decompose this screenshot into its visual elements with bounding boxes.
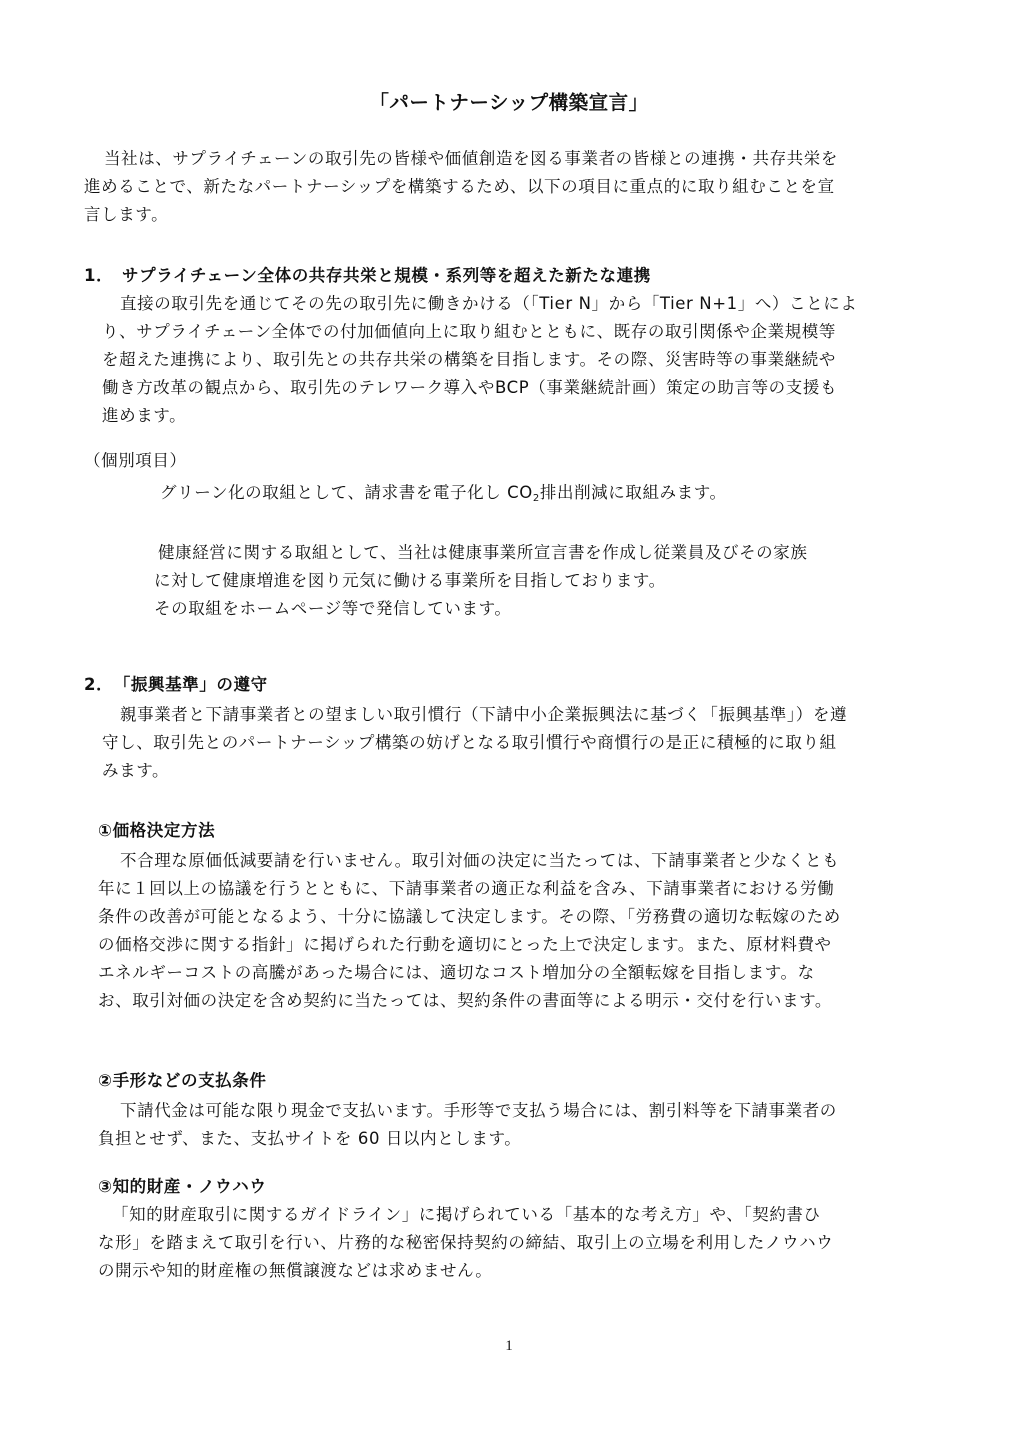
intro-line: 進めることで、新たなパートナーシップを構築するため、以下の項目に重点的に取り組む… — [84, 174, 835, 200]
section2-body-line: 親事業者と下請事業者との望ましい取引慣行（下請中小企業振興法に基づく「振興基準」… — [120, 702, 847, 728]
section1-body-line: 直接の取引先を通じてその先の取引先に働きかける（「Tier N」から「Tier … — [120, 291, 857, 317]
item1-body-line: 不合理な原価低減要請を行いません。取引対価の決定に当たっては、下請事業者と少なく… — [120, 848, 839, 874]
item3-body-line: な形」を踏まえて取引を行い、片務的な秘密保持契約の締結、取引上の立場を利用したノ… — [98, 1230, 833, 1256]
item1-body-line: の価格交渉に関する指針」に掲げられた行動を適切にとった上で決定します。また、原材… — [98, 932, 832, 958]
item2-body-line: 負担とせず、また、支払サイトを 60 日以内とします。 — [98, 1126, 521, 1152]
individual-items-label: （個別項目） — [84, 448, 187, 474]
health-initiative-line: に対して健康増進を図り元気に働ける事業所を目指しております。 — [154, 568, 666, 594]
section1-heading: 1． サプライチェーン全体の共存共栄と規模・系列等を超えた新たな連携 — [84, 263, 651, 289]
document-page: 「パートナーシップ構築宣言」 当社は、サプライチェーンの取引先の皆様や価値創造を… — [0, 0, 1018, 1440]
section1-body-line: 進めます。 — [102, 403, 186, 429]
section1-body-line: り、サプライチェーン全体での付加価値向上に取り組むとともに、既存の取引関係や企業… — [102, 319, 836, 345]
item1-body-line: 条件の改善が可能となるよう、十分に協議して決定します。その際、「労務費の適切な転… — [98, 904, 841, 930]
item3-body-line: の開示や知的財産権の無償譲渡などは求めません。 — [98, 1258, 492, 1284]
green-initiative-text: グリーン化の取組として、請求書を電子化し CO — [160, 483, 533, 502]
section2-body-line: 守し、取引先とのパートナーシップ構築の妨げとなる取引慣行や商慣行の是正に積極的に… — [102, 730, 837, 756]
section2-heading: 2． 「振興基準」の遵守 — [84, 672, 268, 698]
section1-body-line: 働き方改革の観点から、取引先のテレワーク導入やBCP（事業継続計画）策定の助言等… — [102, 375, 837, 401]
section2-body-line: みます。 — [102, 758, 169, 784]
item1-body-line: エネルギーコストの高騰があった場合には、適切なコスト増加分の全額転嫁を目指します… — [98, 960, 815, 986]
green-initiative-text-end: 排出削減に取組みます。 — [540, 483, 727, 502]
item3-body-line: 「知的財産取引に関するガイドライン」に掲げられている「基本的な考え方」や、「契約… — [112, 1202, 821, 1228]
health-initiative-line: その取組をホームページ等で発信しています。 — [154, 596, 511, 622]
health-initiative-line: 健康経営に関する取組として、当社は健康事業所宣言書を作成し従業員及びその家族 — [158, 540, 807, 566]
item1-body-line: 年に１回以上の協議を行うとともに、下請事業者の適正な利益を含み、下請事業者におけ… — [98, 876, 834, 902]
item2-heading: ②手形などの支払条件 — [98, 1068, 266, 1094]
co2-subscript: 2 — [533, 493, 540, 504]
page-number: 1 — [0, 1338, 1018, 1355]
item2-body-line: 下請代金は可能な限り現金で支払います。手形等で支払う場合には、割引料等を下請事業… — [120, 1098, 837, 1124]
item1-body-line: お、取引対価の決定を含め契約に当たっては、契約条件の書面等による明示・交付を行い… — [98, 988, 832, 1014]
green-initiative: グリーン化の取組として、請求書を電子化し CO2排出削減に取組みます。 — [160, 480, 727, 512]
document-title: 「パートナーシップ構築宣言」 — [0, 88, 1018, 118]
intro-line: 当社は、サプライチェーンの取引先の皆様や価値創造を図る事業者の皆様との連携・共存… — [104, 146, 838, 172]
item3-heading: ③知的財産・ノウハウ — [98, 1174, 266, 1200]
intro-line: 言します。 — [84, 202, 168, 228]
item1-heading: ①価格決定方法 — [98, 818, 215, 844]
section1-body-line: を超えた連携により、取引先との共存共栄の構築を目指します。その際、災害時等の事業… — [102, 347, 836, 373]
